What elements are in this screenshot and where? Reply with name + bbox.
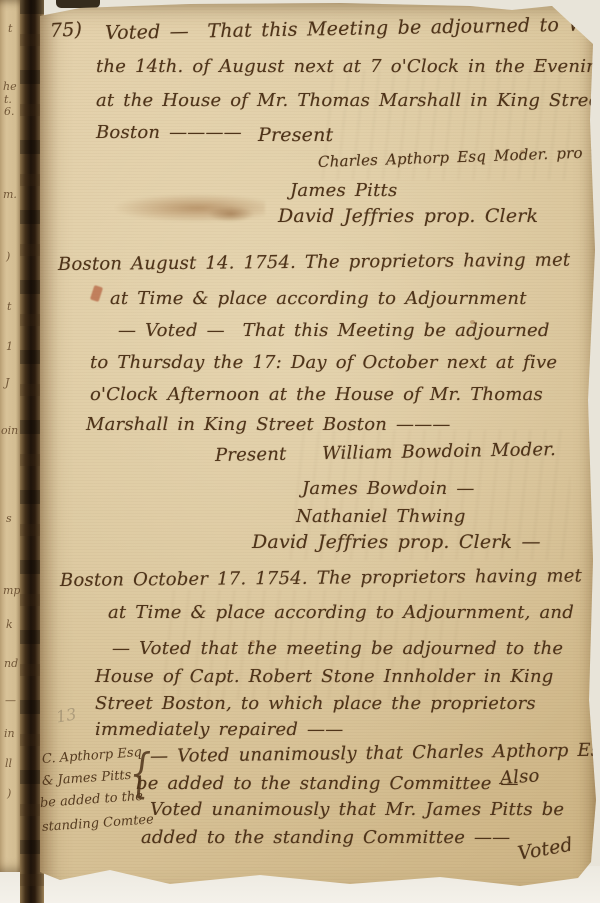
- manuscript-line: o'Clock Afternoon at the House of Mr. Th…: [90, 384, 543, 405]
- catchword: Voted: [516, 834, 574, 865]
- bleed-text-fragment: t: [8, 22, 12, 35]
- manuscript-line: added to the standing Committee ——: [141, 827, 510, 848]
- manuscript-line: immediately repaired ——: [95, 719, 343, 740]
- bleed-text-fragment: s: [6, 512, 12, 525]
- bleed-text-fragment: m.: [3, 188, 17, 201]
- margin-note-brace: {: [130, 744, 152, 804]
- manuscript-line: — Voted unanimously that Charles Apthorp…: [150, 740, 600, 767]
- manuscript-line: Marshall in King Street Boston ———: [86, 414, 451, 435]
- facing-page-edge: t he t. 6. m. ) t 1 J oin s mp k nd — in…: [0, 0, 22, 872]
- bleed-text-fragment: he: [3, 80, 17, 93]
- bleed-text-fragment: oin: [1, 424, 18, 437]
- manuscript-line: at Time & place according to Adjournment…: [108, 602, 574, 623]
- margin-note-line: & James Pitts: [41, 768, 131, 789]
- ink-stain: [208, 206, 254, 222]
- clerk-signature: David Jeffries prop. Clerk: [278, 205, 538, 227]
- bleed-text-fragment: ): [6, 250, 10, 263]
- bleed-text-fragment: ): [7, 787, 11, 800]
- entry-heading: Boston October 17. 1754. The proprietors…: [60, 565, 582, 591]
- clerk-signature: David Jeffries prop. Clerk —: [252, 531, 541, 553]
- manuscript-page: 75) Voted — That this Meeting be adjourn…: [40, 0, 597, 903]
- bleed-text-fragment: mp: [3, 584, 20, 597]
- red-pigment-mark: [90, 285, 103, 302]
- pencil-mark: 13: [55, 704, 78, 726]
- bleed-text-fragment: —: [5, 694, 16, 707]
- manuscript-line: — Voted — That this Meeting be adjourned: [118, 320, 550, 341]
- manuscript-line: — Voted that the meeting be adjourned to…: [112, 638, 563, 659]
- manuscript-line: Voted unanimously that Mr. James Pitts b…: [150, 799, 564, 820]
- scanned-manuscript-photo: { "page": { "number": "75)", "catchword"…: [0, 0, 600, 903]
- bleed-text-fragment: ll: [5, 757, 12, 770]
- margin-note-line: be added to the: [39, 789, 143, 811]
- manuscript-line: Also: [499, 765, 540, 789]
- attendee-name: James Bowdoin —: [302, 478, 475, 499]
- margin-note-line: C. Apthorp Esq: [41, 745, 142, 767]
- manuscript-line: at the House of Mr. Thomas Marshall in K…: [96, 90, 600, 111]
- manuscript-line: Voted — That this Meeting be adjourned t…: [105, 12, 600, 44]
- manuscript-line: Present: [258, 124, 333, 146]
- bleed-text-fragment: 6.: [4, 105, 15, 118]
- top-edge-smudge: [56, 0, 100, 8]
- page-number: 75): [49, 18, 82, 42]
- bleed-text-fragment: 1: [6, 340, 13, 353]
- manuscript-line: at Time & place according to Adjournment: [110, 288, 527, 309]
- manuscript-line: to Thursday the 17: Day of October next …: [90, 352, 557, 373]
- manuscript-line: be added to the standing Committee —: [136, 773, 519, 794]
- bleed-text-fragment: k: [6, 618, 13, 631]
- attendee-name: Nathaniel Thwing: [296, 506, 466, 527]
- margin-note-line: standing Comtee: [41, 812, 154, 835]
- bleed-text-fragment: in: [4, 727, 15, 740]
- manuscript-line: Street Boston, to which place the propri…: [95, 693, 536, 714]
- manuscript-line: the 14th. of August next at 7 o'Clock in…: [96, 56, 600, 77]
- bleed-text-fragment: nd: [4, 657, 18, 670]
- attendee-name: James Pitts: [290, 180, 397, 201]
- bleed-text-fragment: J: [5, 376, 9, 389]
- bleed-text-fragment: t: [7, 300, 11, 313]
- entry-heading: Boston August 14. 1754. The proprietors …: [58, 250, 571, 275]
- manuscript-line: Boston ————: [96, 122, 242, 143]
- manuscript-line: House of Capt. Robert Stone Innholder in…: [95, 666, 554, 687]
